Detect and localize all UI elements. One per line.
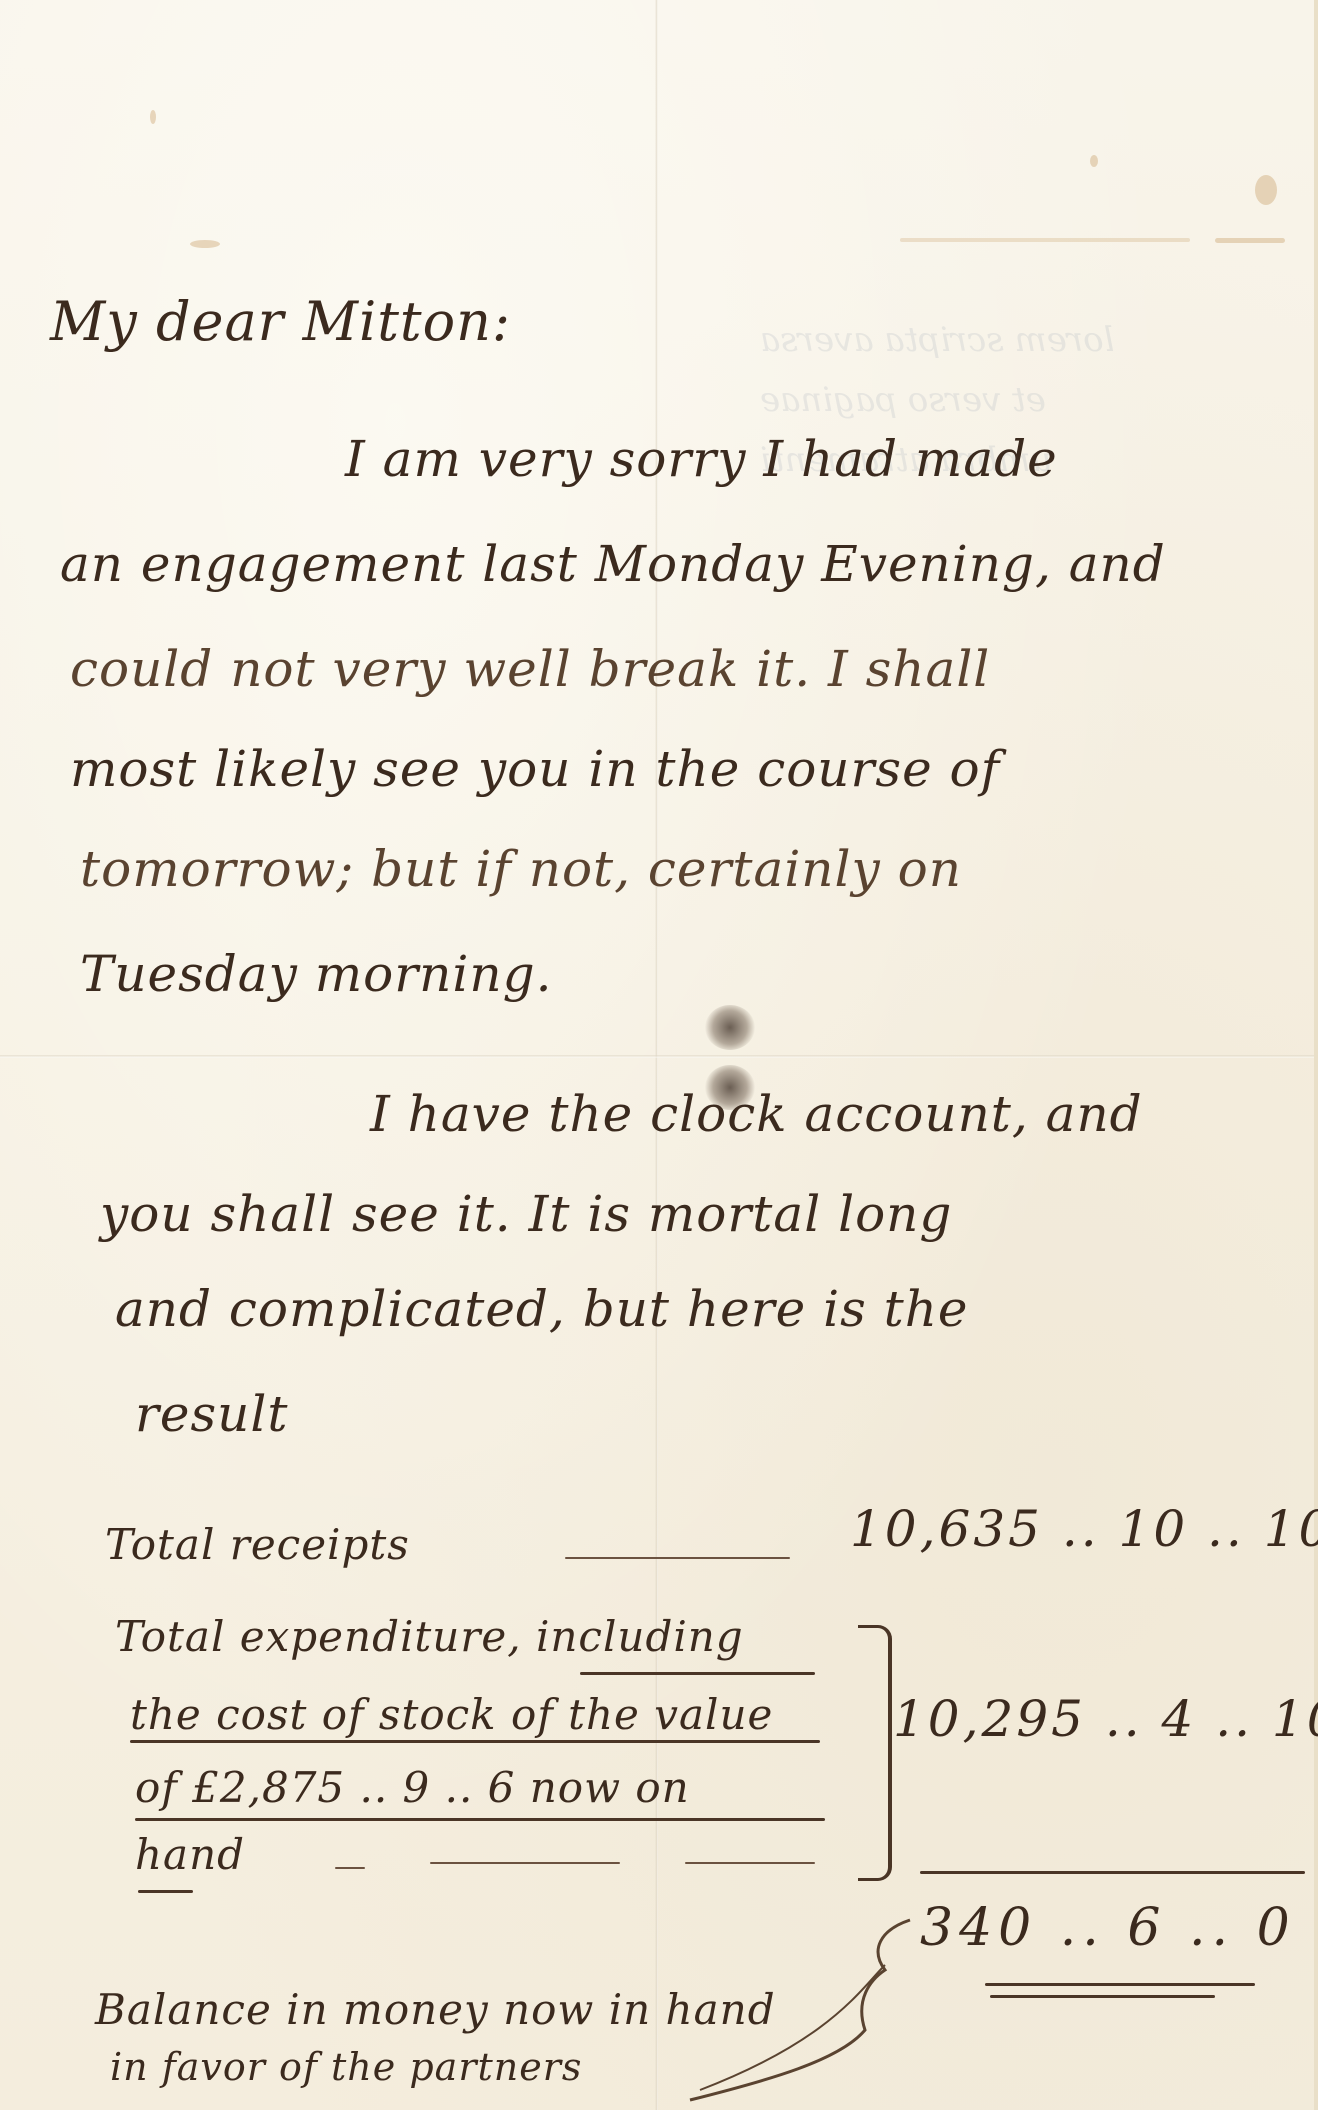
receipts-amount: 10,635 .. 10 .. 10 (850, 1500, 1318, 1558)
letter-line: Tuesday morning. (80, 945, 552, 1003)
balance-amount: 340 .. 6 .. 0 (920, 1898, 1296, 1958)
leader-line (685, 1862, 815, 1864)
letter-line: and complicated, but here is the (115, 1280, 969, 1338)
underline (135, 1818, 825, 1821)
salutation: My dear Mitton: (50, 290, 511, 353)
ink-blot (705, 1005, 755, 1050)
balance-label-line: in favor of the partners (110, 2045, 582, 2089)
letter-line: could not very well break it. I shall (70, 640, 990, 698)
expenditure-label-line: the cost of stock of the value (130, 1690, 773, 1739)
bleed-through-text: lorem scripta aversa (760, 320, 1114, 360)
letter-line: result (135, 1385, 288, 1443)
foxing-stain (1090, 155, 1098, 167)
foxing-stain (900, 238, 1190, 242)
foxing-stain (1215, 238, 1285, 243)
leader-line (430, 1862, 620, 1864)
letter-line: I have the clock account, and (370, 1085, 1143, 1143)
foxing-stain (1255, 175, 1277, 205)
horizontal-fold-crease (0, 1055, 1318, 1058)
double-underline (985, 1983, 1255, 1986)
underline (130, 1740, 820, 1743)
expenditure-label-line: of £2,875 .. 9 .. 6 now on (135, 1763, 690, 1812)
underline (580, 1672, 815, 1675)
expenditure-label-line: Total expenditure, including (115, 1612, 744, 1661)
brace-bracket (858, 1625, 892, 1881)
balance-label-line: Balance in money now in hand (95, 1985, 776, 2034)
brace-flourish (680, 1910, 930, 2110)
sum-line (920, 1871, 1305, 1874)
underline (138, 1890, 193, 1893)
bleed-through-text: et verso paginae (760, 380, 1046, 420)
letter-line: an engagement last Monday Evening, and (60, 535, 1166, 593)
double-underline (990, 1995, 1215, 1998)
paper-edge (1314, 0, 1318, 2110)
expenditure-label-line: hand (135, 1830, 245, 1879)
letter-line: tomorrow; but if not, certainly on (80, 840, 962, 898)
foxing-stain (190, 240, 220, 248)
letter-line: I am very sorry I had made (345, 430, 1058, 488)
letter-line: most likely see you in the course of (70, 740, 1000, 798)
expenditure-amount: 10,295 .. 4 .. 10 (893, 1690, 1318, 1748)
letter-page: lorem scripta aversa et verso paginae um… (0, 0, 1318, 2110)
letter-line: you shall see it. It is mortal long (100, 1185, 952, 1243)
foxing-stain (150, 110, 156, 124)
leader-line (565, 1557, 790, 1559)
receipts-label: Total receipts (105, 1520, 410, 1569)
leader-line (335, 1867, 365, 1869)
